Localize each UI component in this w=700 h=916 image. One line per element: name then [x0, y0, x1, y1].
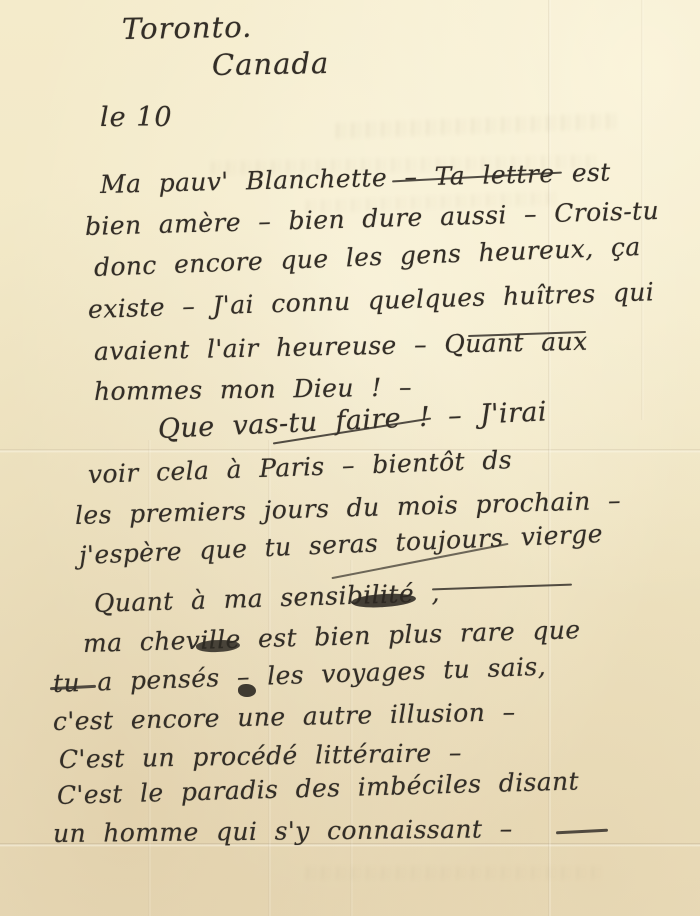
letter-line: donc encore que les gens heureux, ça [93, 232, 641, 282]
ink-bleedthrough-smudge [300, 866, 600, 880]
pen-stroke-dash [556, 829, 608, 835]
letter-line: C'est un procédé littéraire – [59, 738, 462, 774]
letter-date: le 10 [100, 102, 173, 133]
letter-line: avaient l'air heureuse – Quant aux [94, 327, 588, 366]
ink-bleedthrough-smudge [330, 113, 620, 139]
letter-line: un homme qui s'y connaissant – [53, 814, 513, 848]
letter-line: hommes mon Dieu ! – [94, 373, 412, 406]
letter-line: Ma pauv' Blanchette – Ta lettre est [100, 158, 611, 199]
letter-line: tu a pensés – les voyages tu sais, [52, 652, 546, 698]
letter-line: Quant à ma sensibilité , [94, 578, 441, 618]
letter-line: voir cela à Paris – bientôt ds [87, 445, 512, 489]
vertical-fold-crease [350, 560, 353, 916]
letter-line: ma cheville est bien plus rare que [83, 615, 581, 658]
letter-page: Toronto. Canada le 10 Ma pauv' Blanchett… [0, 0, 700, 916]
pen-stroke-tbar [432, 584, 572, 591]
letter-country: Canada [212, 46, 330, 82]
letter-place: Toronto. [122, 10, 253, 46]
letter-line: existe – J'ai connu quelques huîtres qui [88, 277, 655, 324]
letter-line: c'est encore une autre illusion – [53, 697, 516, 736]
letter-line: C'est le paradis des imbéciles disant [57, 766, 580, 810]
